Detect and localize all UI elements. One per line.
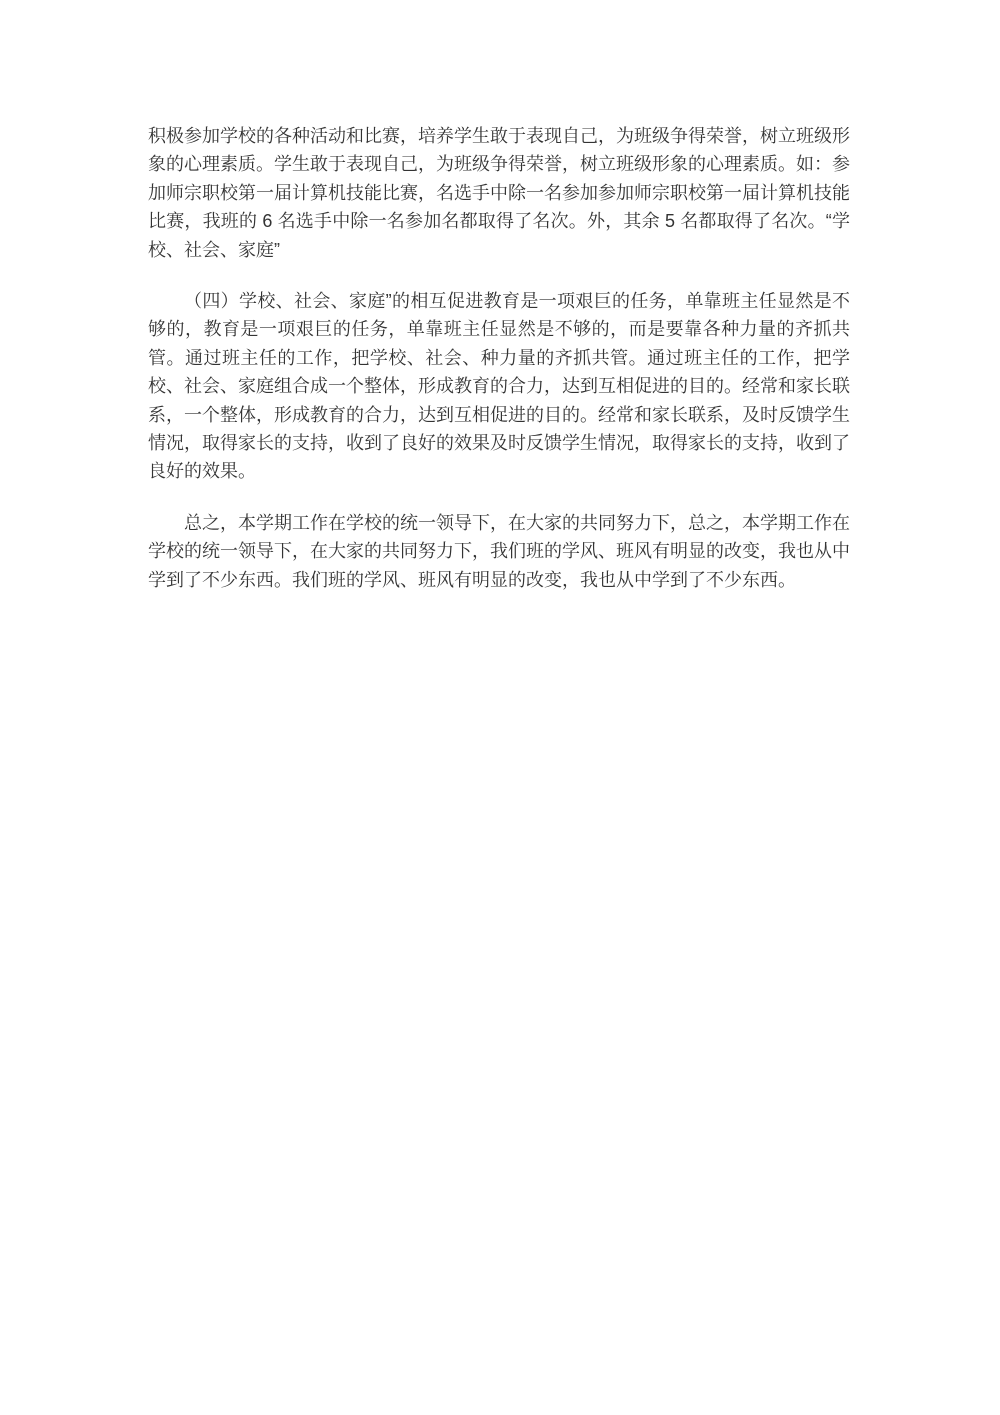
document-page: 积极参加学校的各种活动和比赛，培养学生敢于表现自己，为班级争得荣誉，树立班级形象…	[0, 0, 1000, 1415]
document-body: 积极参加学校的各种活动和比赛，培养学生敢于表现自己，为班级争得荣誉，树立班级形象…	[148, 122, 850, 617]
paragraph-school-society-family: （四）学校、社会、家庭”的相互促进教育是一项艰巨的任务，单靠班主任显然是不够的，…	[148, 287, 850, 486]
paragraph-conclusion: 总之，本学期工作在学校的统一领导下，在大家的共同努力下，总之，本学期工作在学校的…	[148, 509, 850, 594]
paragraph-activities-competitions: 积极参加学校的各种活动和比赛，培养学生敢于表现自己，为班级争得荣誉，树立班级形象…	[148, 122, 850, 264]
